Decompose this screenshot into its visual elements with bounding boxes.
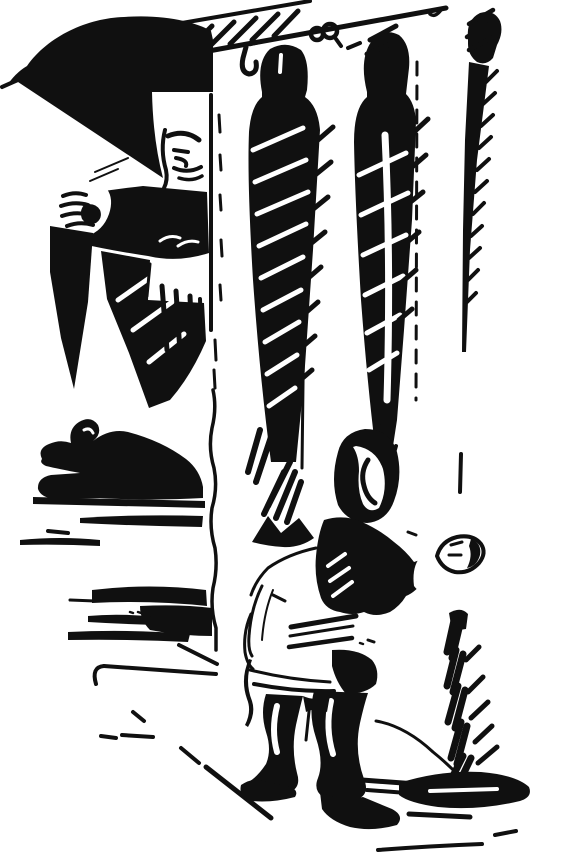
wall-shadow-2 [354, 26, 428, 470]
illustration-page: Ink illustration: hooded jester passing … [0, 0, 564, 858]
peeking-figure [50, 130, 209, 408]
wall-corner-edge [210, 95, 222, 650]
wall-shadow-3 [460, 10, 501, 492]
dog-shadow [20, 419, 205, 546]
hood-collar-points [252, 516, 314, 547]
steps-shadow-mass [68, 587, 212, 643]
post-shadow [362, 610, 530, 817]
illustration-canvas: Ink illustration: hooded jester passing … [0, 0, 564, 858]
wall-shadow-1 [248, 45, 333, 522]
hook-icon [242, 47, 256, 74]
archway-overhang [2, 16, 213, 178]
peeking-face [163, 130, 202, 188]
